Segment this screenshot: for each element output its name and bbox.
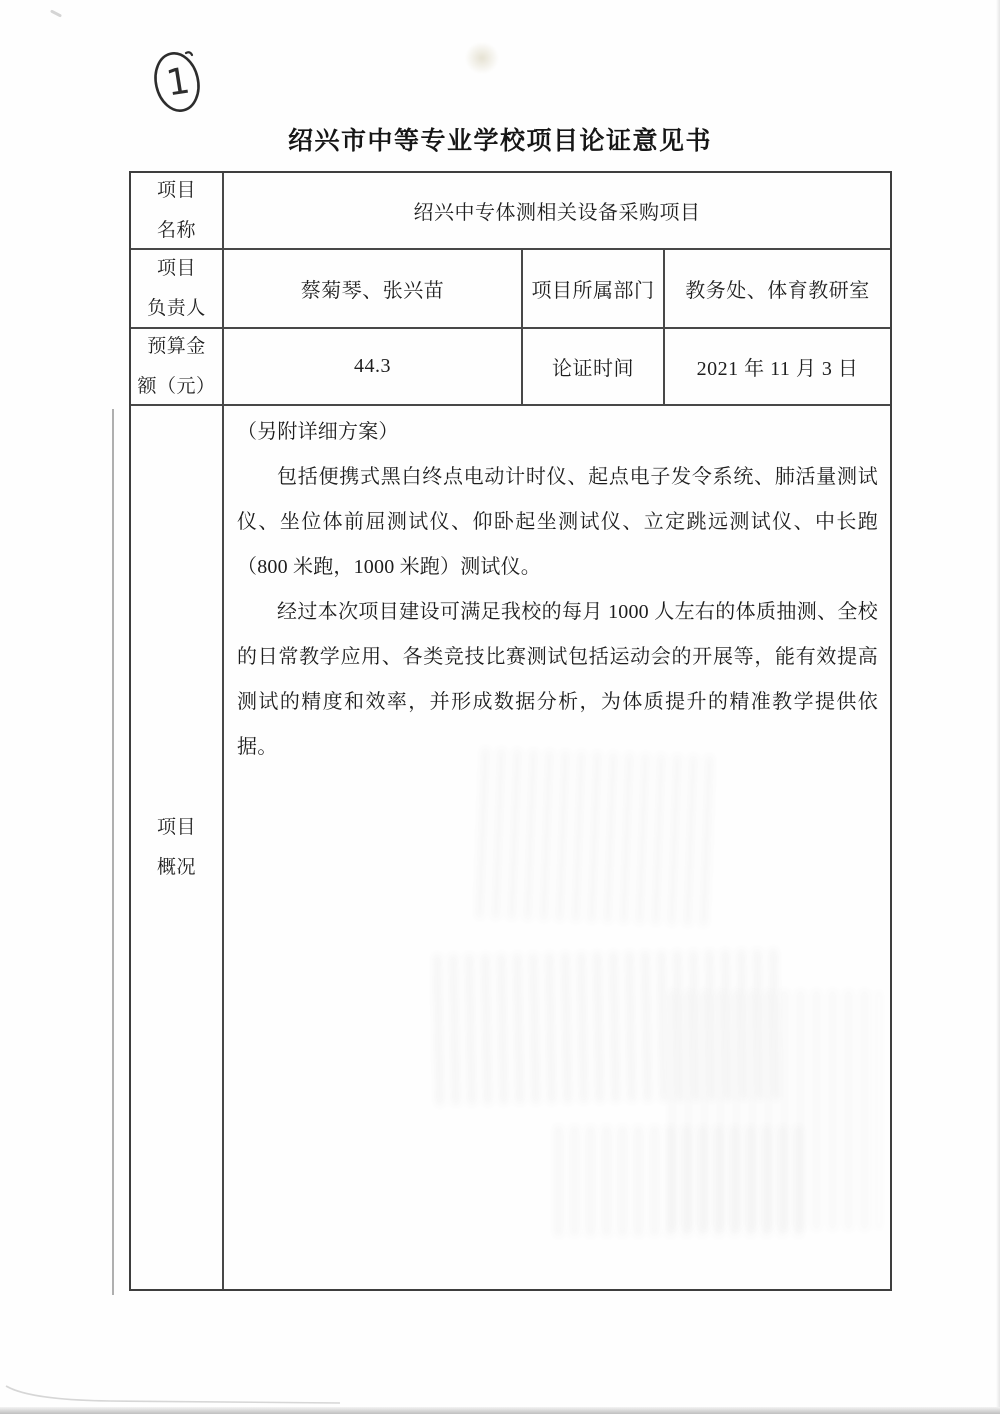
project-name-label-line1: 项目 — [157, 171, 196, 211]
project-leader-value: 蔡菊琴、张兴苗 — [301, 274, 445, 303]
project-name-value: 绍兴中专体测相关设备采购项目 — [414, 196, 701, 225]
review-time-value: 2021 年 11 月 3 日 — [697, 352, 859, 381]
scan-stray-line — [112, 409, 114, 1295]
scanned-document-page: { "annotation": { "handwritten_number": … — [0, 0, 1000, 1414]
overview-label-line1: 项目 — [157, 808, 196, 848]
handwritten-circled-number: 1 — [148, 45, 208, 119]
review-time-label-cell: 论证时间 — [523, 329, 665, 406]
project-leader-value-cell: 蔡菊琴、张兴苗 — [224, 250, 523, 329]
budget-label-line1: 预算金 — [147, 327, 206, 367]
overview-label-line2: 概况 — [157, 848, 196, 888]
overview-note-line: （另附详细方案） — [237, 410, 878, 455]
budget-label-line2: 额（元） — [137, 367, 215, 407]
project-leader-label-line1: 项目 — [157, 249, 196, 289]
project-leader-label-cell: 项目 负责人 — [131, 250, 224, 329]
overview-paragraph: 包括便携式黑白终点电动计时仪、起点电子发令系统、肺活量测试仪、坐位体前屈测试仪、… — [237, 455, 878, 590]
review-time-label: 论证时间 — [552, 352, 634, 381]
page-title: 绍兴市中等专业学校项目论证意见书 — [0, 121, 1000, 157]
project-name-label-line2: 名称 — [157, 211, 196, 251]
scan-speck — [50, 9, 62, 17]
project-name-label-cell: 项目 名称 — [131, 173, 224, 250]
department-label: 项目所属部门 — [532, 274, 655, 303]
department-value-cell: 教务处、体育教研室 — [665, 250, 890, 329]
overview-paragraph: 经过本次项目建设可满足我校的每月 1000 人左右的体质抽测、全校的日常教学应用… — [237, 590, 878, 770]
page-right-edge-shadow — [996, 0, 1000, 1414]
overview-content-cell: （另附详细方案） 包括便携式黑白终点电动计时仪、起点电子发令系统、肺活量测试仪、… — [224, 406, 890, 1289]
review-time-value-cell: 2021 年 11 月 3 日 — [665, 329, 890, 406]
budget-label-cell: 预算金 额（元） — [131, 329, 224, 406]
paper-curl-edge — [0, 1378, 360, 1408]
budget-value-cell: 44.3 — [224, 329, 523, 406]
department-label-cell: 项目所属部门 — [523, 250, 665, 329]
overview-label-cell: 项目 概况 — [131, 406, 224, 1289]
budget-value: 44.3 — [354, 355, 391, 378]
form-table: 项目 名称 绍兴中专体测相关设备采购项目 项目 负责人 蔡菊琴、张兴苗 项目所属… — [129, 171, 892, 1291]
page-bottom-edge-shadow — [0, 1407, 1000, 1414]
handwritten-digit: 1 — [144, 47, 213, 118]
department-value: 教务处、体育教研室 — [685, 274, 870, 303]
project-leader-label-line2: 负责人 — [147, 289, 206, 329]
project-name-value-cell: 绍兴中专体测相关设备采购项目 — [224, 173, 890, 250]
scan-smudge — [465, 42, 499, 74]
